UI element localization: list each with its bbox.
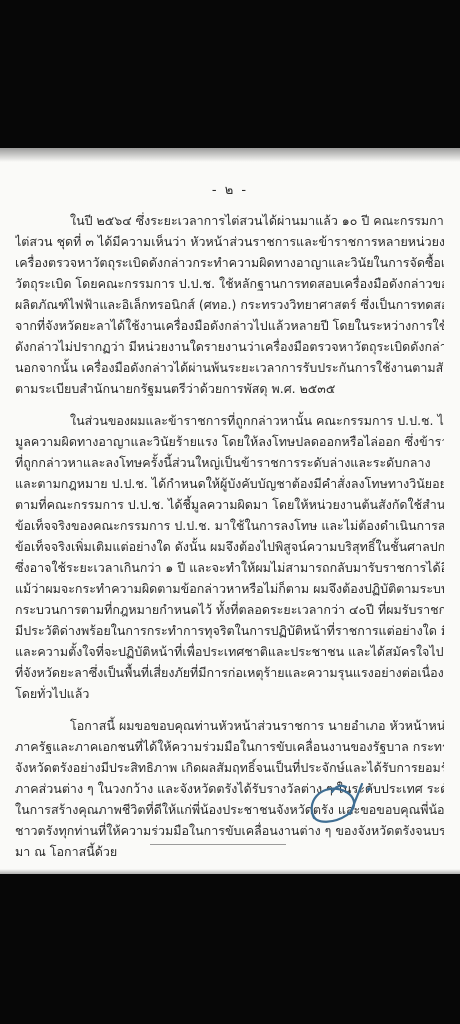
text-line: วัตถุระเบิด โดยคณะกรรมการ ป.ป.ช. ใช้หลัก… [15,273,444,294]
text-line: ตามที่คณะกรรมการ ป.ป.ช. ได้ชี้มูลความผิด… [15,494,444,515]
text-line: โดยทั่วไปแล้ว [15,683,444,704]
text-line: ตามระเบียบสำนักนายกรัฐมนตรีว่าด้วยการพัส… [15,378,444,399]
text-line: มีประวัติด่างพร้อยในการกระทำการทุจริตในก… [15,620,444,641]
text-line: นอกจากนั้น เครื่องมือดังกล่าวได้ผ่านพ้นร… [15,357,444,378]
signature-line [150,844,286,845]
text-line: ซึ่งอาจใช้ระยะเวลาเกินกว่า ๑ ปี และจะทำใ… [15,557,444,578]
document-page: - ๒ - ในปี ๒๕๖๔ ซึ่งระยะเวลาการไต่สวนได้… [0,148,460,874]
text-line: ข้อเท็จจริงของคณะกรรมการ ป.ป.ช. มาใช้ในก… [15,515,444,536]
text-line: เครื่องตรวจหาวัตถุระเบิดดังกล่าวกระทำควา… [15,252,444,273]
text-line: ภาครัฐและภาคเอกชนที่ได้ให้ความร่วมมือในก… [15,736,444,757]
paragraph: ในปี ๒๕๖๔ ซึ่งระยะเวลาการไต่สวนได้ผ่านมา… [15,210,444,399]
text-line: มูลความผิดทางอาญาและวินัยร้ายแรง โดยให้ล… [15,431,444,452]
text-line: ในส่วนของผมและข้าราชการที่ถูกกล่าวหานั้น… [15,410,444,431]
document-body: ในปี ๒๕๖๔ ซึ่งระยะเวลาการไต่สวนได้ผ่านมา… [15,210,444,862]
text-line: ที่จังหวัดยะลาซึ่งเป็นพื้นที่เสี่ยงภัยที… [15,662,444,683]
letterbox-top [0,0,460,148]
signature-strokes [312,784,362,822]
text-line: จากที่จังหวัดยะลาได้ใช้งานเครื่องมือดังก… [15,315,444,336]
page-number: - ๒ - [0,179,460,200]
text-line: จังหวัดตรังอย่างมีประสิทธิภาพ เกิดผลสัมฤ… [15,757,444,778]
signature-dot [367,787,371,791]
text-line: แม้ว่าผมจะกระทำความผิดตามข้อกล่าวหาหรือไ… [15,578,444,599]
text-line: ผลิตภัณฑ์ไฟฟ้าและอิเล็กทรอนิกส์ (ศทอ.) ก… [15,294,444,315]
handwritten-signature-icon [300,776,380,842]
text-line: ดังกล่าวไม่ปรากฏว่า มีหน่วยงานใดรายงานว่… [15,336,444,357]
text-line: ในปี ๒๕๖๔ ซึ่งระยะเวลาการไต่สวนได้ผ่านมา… [15,210,444,231]
text-line: ที่ถูกกล่าวหาและลงโทษครั้งนี้ส่วนใหญ่เป็… [15,452,444,473]
text-line: โอกาสนี้ ผมขอขอบคุณท่านหัวหน้าส่วนราชการ… [15,715,444,736]
text-line: และความตั้งใจที่จะปฏิบัติหน้าที่เพื่อประ… [15,641,444,662]
text-line: ข้อเท็จจริงเพิ่มเติมแต่อย่างใด ดังนั้น ผ… [15,536,444,557]
letterbox-bottom [0,874,460,1024]
phone-screen: - ๒ - ในปี ๒๕๖๔ ซึ่งระยะเวลาการไต่สวนได้… [0,0,460,1024]
text-line: และตามกฎหมาย ป.ป.ช. ได้กำหนดให้ผู้บังคับ… [15,473,444,494]
text-line: กระบวนการตามที่กฎหมายกำหนดไว้ ทั้งที่ตลอ… [15,599,444,620]
paragraph: ในส่วนของผมและข้าราชการที่ถูกกล่าวหานั้น… [15,410,444,704]
text-line: ไต่สวน ชุดที่ ๓ ได้มีความเห็นว่า หัวหน้า… [15,231,444,252]
